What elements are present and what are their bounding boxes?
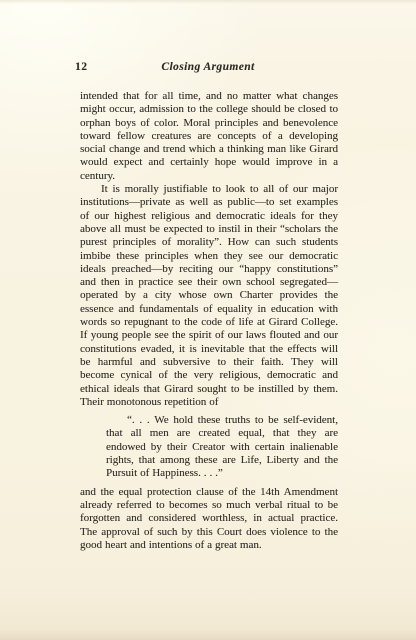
block-quote: “. . . We hold these truths to be self-e… — [106, 414, 338, 480]
page-body: intended that for all time, and no matte… — [80, 90, 338, 552]
book-page: 12 Closing Argument intended that for al… — [0, 0, 416, 640]
paragraph-continued: intended that for all time, and no matte… — [80, 90, 338, 183]
running-head: Closing Argument — [75, 61, 341, 73]
page-header: 12 Closing Argument — [75, 61, 341, 77]
paragraph: It is morally justifiable to look to all… — [80, 183, 338, 409]
page-number: 12 — [75, 61, 88, 73]
paragraph: and the equal protection clause of the 1… — [80, 486, 338, 552]
